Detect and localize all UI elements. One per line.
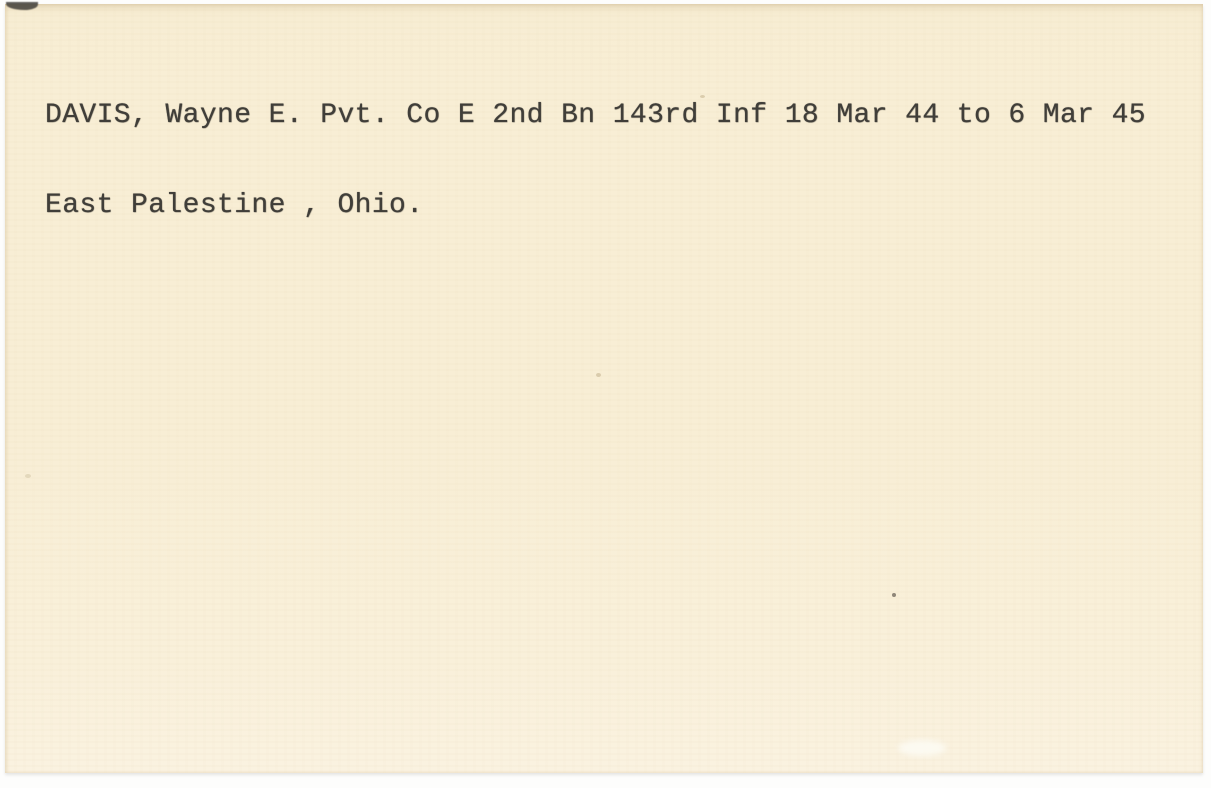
- index-card: DAVIS, Wayne E. Pvt. Co E 2nd Bn 143rd I…: [5, 4, 1203, 773]
- card-line-1: DAVIS, Wayne E. Pvt. Co E 2nd Bn 143rd I…: [45, 101, 1185, 131]
- paper-speck: [892, 593, 896, 597]
- scan-background: DAVIS, Wayne E. Pvt. Co E 2nd Bn 143rd I…: [0, 0, 1211, 788]
- typed-text-block: DAVIS, Wayne E. Pvt. Co E 2nd Bn 143rd I…: [45, 41, 1185, 281]
- paper-speck: [596, 373, 601, 377]
- scanner-edge-mark: [6, 2, 38, 10]
- card-line-2: East Palestine , Ohio.: [45, 191, 1185, 221]
- paper-smudge: [898, 740, 946, 756]
- paper-speck: [25, 474, 31, 478]
